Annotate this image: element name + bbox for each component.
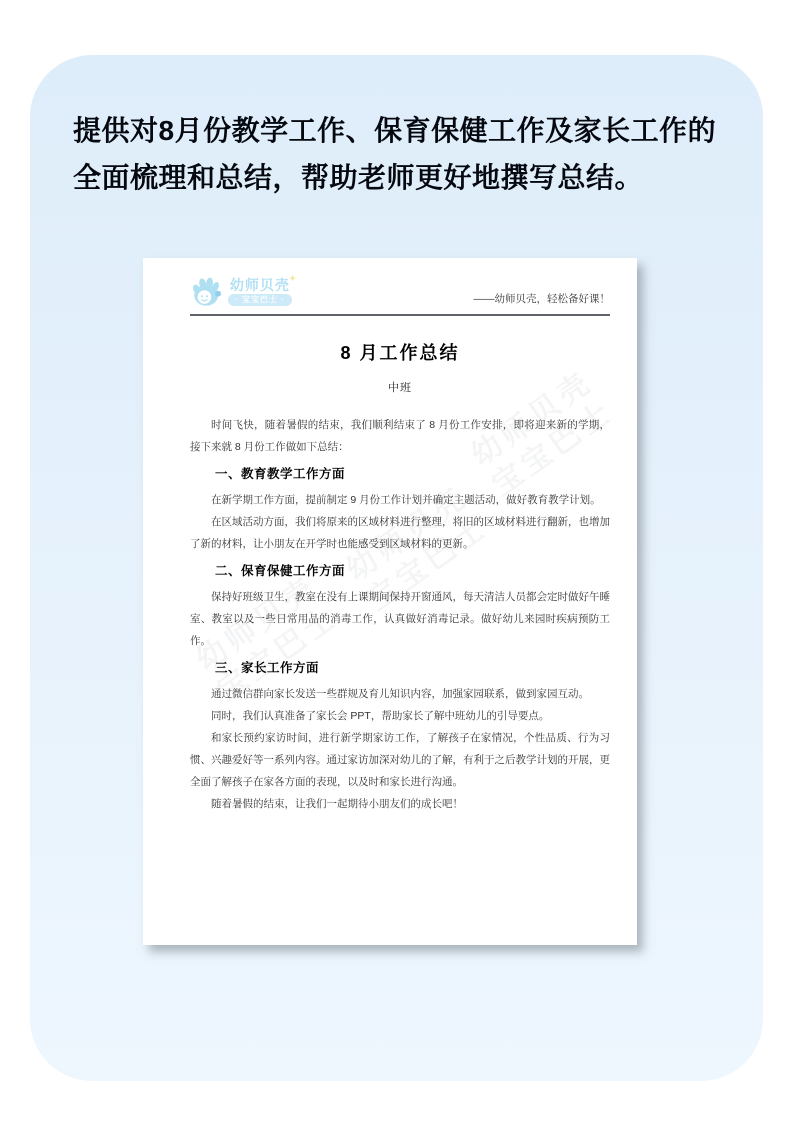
brand-subname-badge: · 宝宝巴士 · — [228, 294, 292, 306]
body-paragraph: 随着暑假的结束，让我们一起期待小朋友们的成长吧！ — [190, 793, 610, 815]
body-paragraph: 在区域活动方面，我们将原来的区域材料进行整理，将旧的区域材料进行翻新，也增加了新… — [190, 511, 610, 555]
feature-card: 提供对8月份教学工作、保育保健工作及家长工作的全面梳理和总结，帮助老师更好地撰写… — [30, 55, 763, 1081]
brand-name: 幼师贝壳 ✦ — [230, 278, 290, 292]
document-page: 幼师贝壳 宝宝巴士 幼师贝壳 宝宝巴士 幼师贝壳 宝宝巴士 — [143, 258, 637, 945]
body-paragraph: 同时，我们认真准备了家长会 PPT，帮助家长了解中班幼儿的引导要点。 — [190, 705, 610, 727]
hand-shell-mascot-icon — [190, 275, 224, 309]
body-paragraph: 时间飞快，随着暑假的结束，我们顺利结束了 8 月份工作安排，即将迎来新的学期，接… — [190, 414, 610, 458]
section-heading: 二、保育保健工作方面 — [190, 560, 610, 582]
feature-description: 提供对8月份教学工作、保育保健工作及家长工作的全面梳理和总结，帮助老师更好地撰写… — [73, 107, 741, 201]
letterhead-divider — [190, 314, 610, 316]
document-letterhead: 幼师贝壳 ✦ · 宝宝巴士 · ——幼师贝壳，轻松备好课！ — [190, 258, 610, 309]
section-heading: 一、教育教学工作方面 — [190, 463, 610, 485]
document-page-inner: 幼师贝壳 宝宝巴士 幼师贝壳 宝宝巴士 幼师贝壳 宝宝巴士 — [143, 258, 637, 945]
body-paragraph: 在新学期工作方面，提前制定 9 月份工作计划并确定主题活动，做好教育教学计划。 — [190, 489, 610, 511]
document-subtitle: 中班 — [190, 379, 610, 395]
body-paragraph: 和家长预约家访时间，进行新学期家访工作，了解孩子在家情况，个性品质、行为习惯、兴… — [190, 727, 610, 793]
sparkle-icon: ✦ — [289, 272, 297, 286]
brand-logo-text: 幼师贝壳 ✦ · 宝宝巴士 · — [228, 278, 292, 306]
brand-tagline: ——幼师贝壳，轻松备好课！ — [474, 291, 611, 309]
doc-body: 时间飞快，随着暑假的结束，我们顺利结束了 8 月份工作安排，即将迎来新的学期，接… — [190, 414, 610, 815]
brand-logo: 幼师贝壳 ✦ · 宝宝巴士 · — [190, 275, 292, 309]
document-title: 8 月工作总结 — [190, 339, 610, 365]
body-paragraph: 通过微信群向家长发送一些群规及育儿知识内容，加强家园联系，做到家园互动。 — [190, 683, 610, 705]
screenshot-canvas: 提供对8月份教学工作、保育保健工作及家长工作的全面梳理和总结，帮助老师更好地撰写… — [0, 0, 793, 1133]
body-paragraph: 保持好班级卫生，教室在没有上课期间保持开窗通风，每天清洁人员都会定时做好午睡室、… — [190, 586, 610, 652]
section-heading: 三、家长工作方面 — [190, 657, 610, 679]
